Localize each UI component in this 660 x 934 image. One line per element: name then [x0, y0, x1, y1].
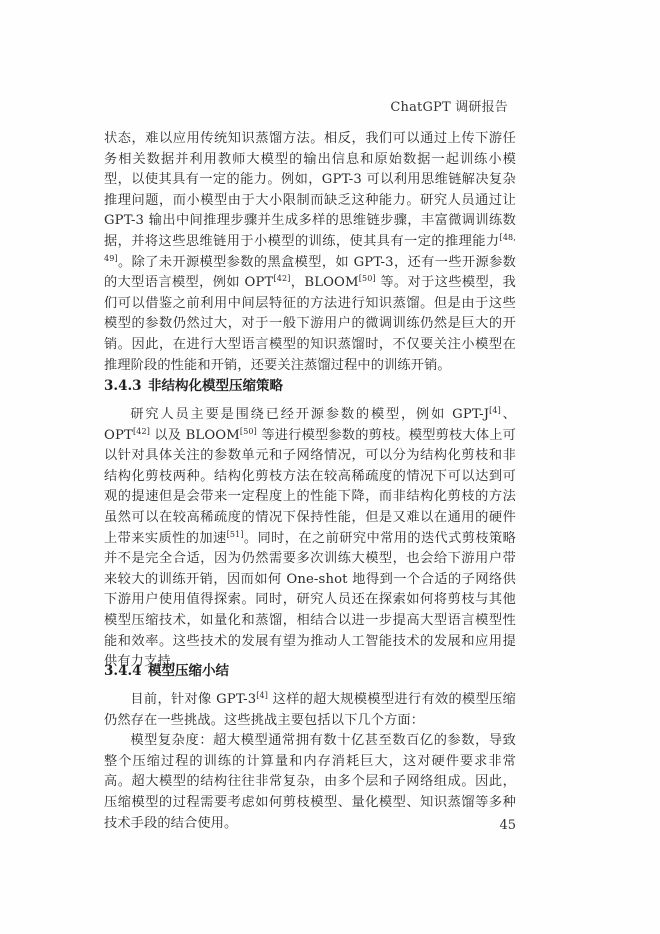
section-number: 3.4.4: [104, 663, 148, 679]
text-run: 研究人员主要是围绕已经开源参数的模型，例如 GPT-J: [130, 407, 489, 422]
paragraph-model-complexity: 模型复杂度：超大模型通常拥有数十亿甚至数百亿的参数，导致整个压缩过程的训练的计算…: [104, 731, 516, 834]
section-heading-3-4-4: 3.4.4模型压缩小结: [104, 659, 516, 679]
citation-51[interactable]: [51]: [227, 530, 244, 539]
page-number: 45: [499, 818, 516, 833]
text-run: 状态，难以应用传统知识蒸馏方法。相反，我们可以通过上传下游任务相关数据并利用教师…: [104, 131, 516, 249]
section-number: 3.4.3: [104, 378, 148, 394]
paragraph-text: 状态，难以应用传统知识蒸馏方法。相反，我们可以通过上传下游任务相关数据并利用教师…: [104, 129, 516, 376]
section-title: 3.4.3非结构化模型压缩策略: [104, 374, 516, 394]
citation-4[interactable]: [4]: [256, 691, 268, 700]
text-run: 以及 BLOOM: [150, 428, 240, 443]
paragraph-text: 目前，针对像 GPT-3[4] 这样的超大规模模型进行有效的模型压缩仍然存在一些…: [104, 690, 516, 731]
citation-42[interactable]: [42]: [133, 427, 150, 436]
paragraph-knowledge-distillation: 状态，难以应用传统知识蒸馏方法。相反，我们可以通过上传下游任务相关数据并利用教师…: [104, 129, 516, 376]
section-title: 3.4.4模型压缩小结: [104, 659, 516, 679]
running-header: ChatGPT 调研报告: [390, 96, 508, 115]
citation-50[interactable]: [50]: [359, 274, 376, 283]
section-title-text: 模型压缩小结: [148, 663, 229, 679]
paragraph-pruning: 研究人员主要是围绕已经开源参数的模型，例如 GPT-J[4]、OPT[42] 以…: [104, 405, 516, 673]
text-run: 。同时，在之前研究中常用的迭代式剪枝策略并不是完全合适，因为仍然需要多次训练大模…: [104, 531, 516, 670]
paragraph-compression-summary: 目前，针对像 GPT-3[4] 这样的超大规模模型进行有效的模型压缩仍然存在一些…: [104, 690, 516, 834]
citation-4[interactable]: [4]: [489, 406, 501, 415]
citation-42[interactable]: [42]: [273, 274, 290, 283]
text-run: 目前，针对像 GPT-3: [130, 692, 256, 707]
text-run: ，BLOOM: [291, 275, 359, 290]
text-run: 等进行模型参数的剪枝。模型剪枝大体上可以针对具体关注的参数单元和子网络情况，可以…: [104, 428, 516, 546]
document-page: ChatGPT 调研报告 状态，难以应用传统知识蒸馏方法。相反，我们可以通过上传…: [0, 0, 660, 934]
section-title-text: 非结构化模型压缩策略: [148, 378, 283, 394]
citation-50[interactable]: [50]: [240, 427, 257, 436]
text-run: 模型复杂度：超大模型通常拥有数十亿甚至数百亿的参数，导致整个压缩过程的训练的计算…: [104, 733, 516, 830]
section-heading-3-4-3: 3.4.3非结构化模型压缩策略: [104, 374, 516, 394]
paragraph-text: 研究人员主要是围绕已经开源参数的模型，例如 GPT-J[4]、OPT[42] 以…: [104, 405, 516, 673]
